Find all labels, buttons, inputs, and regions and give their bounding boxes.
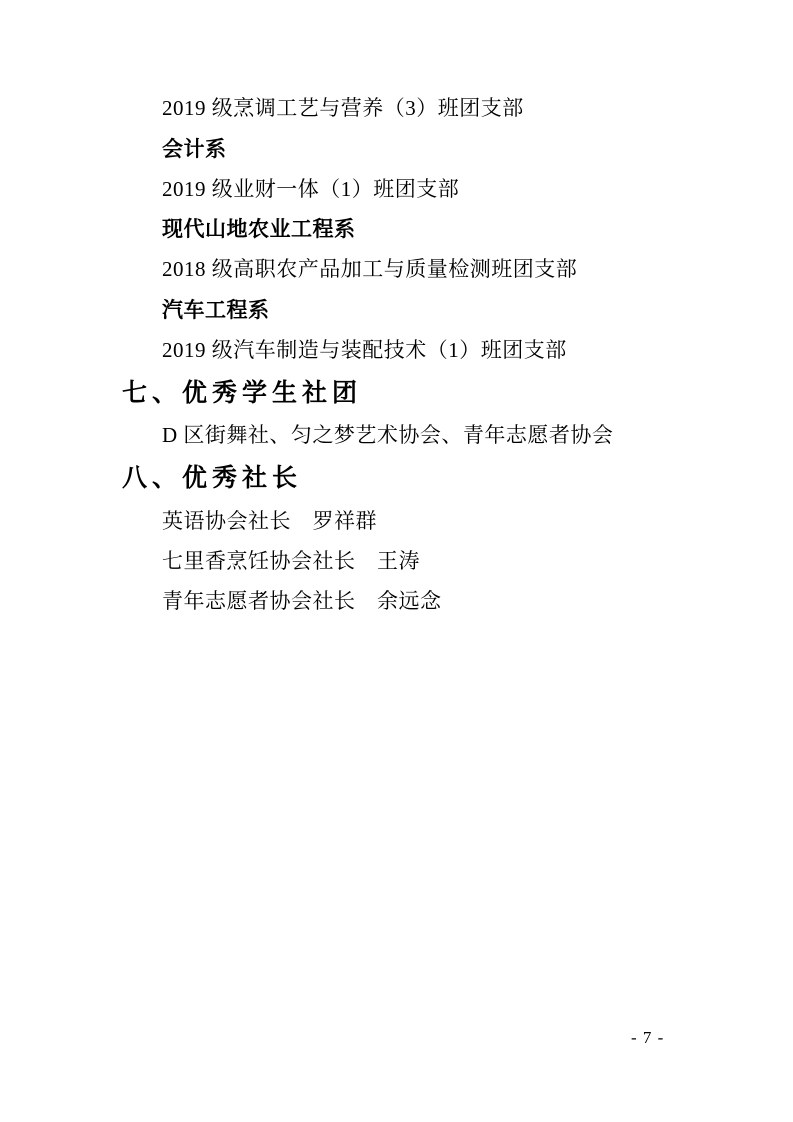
document-line-body: D 区街舞社、匀之梦艺术协会、青年志愿者协会 xyxy=(0,413,793,453)
page-number: - 7 - xyxy=(631,1028,664,1048)
document-line-subheading: 会计系 xyxy=(0,126,793,166)
document-body: 2019 级烹调工艺与营养（3）班团支部会计系2019 级业财一体（1）班团支部… xyxy=(0,86,793,619)
document-line-body: 2019 级烹调工艺与营养（3）班团支部 xyxy=(0,86,793,126)
document-line-subheading: 现代山地农业工程系 xyxy=(0,207,793,247)
document-line-body: 七里香烹饪协会社长 王涛 xyxy=(0,539,793,579)
document-line-section: 七、优秀学生社团 xyxy=(0,368,793,413)
document-line-body: 2018 级高职农产品加工与质量检测班团支部 xyxy=(0,247,793,287)
document-line-section: 八、优秀社长 xyxy=(0,453,793,498)
document-line-body: 2019 级汽车制造与装配技术（1）班团支部 xyxy=(0,328,793,368)
document-page: 2019 级烹调工艺与营养（3）班团支部会计系2019 级业财一体（1）班团支部… xyxy=(0,0,793,1122)
document-line-subheading: 汽车工程系 xyxy=(0,287,793,327)
document-line-body: 英语协会社长 罗祥群 xyxy=(0,498,793,538)
document-line-body: 青年志愿者协会社长 余远念 xyxy=(0,579,793,619)
document-line-body: 2019 级业财一体（1）班团支部 xyxy=(0,167,793,207)
